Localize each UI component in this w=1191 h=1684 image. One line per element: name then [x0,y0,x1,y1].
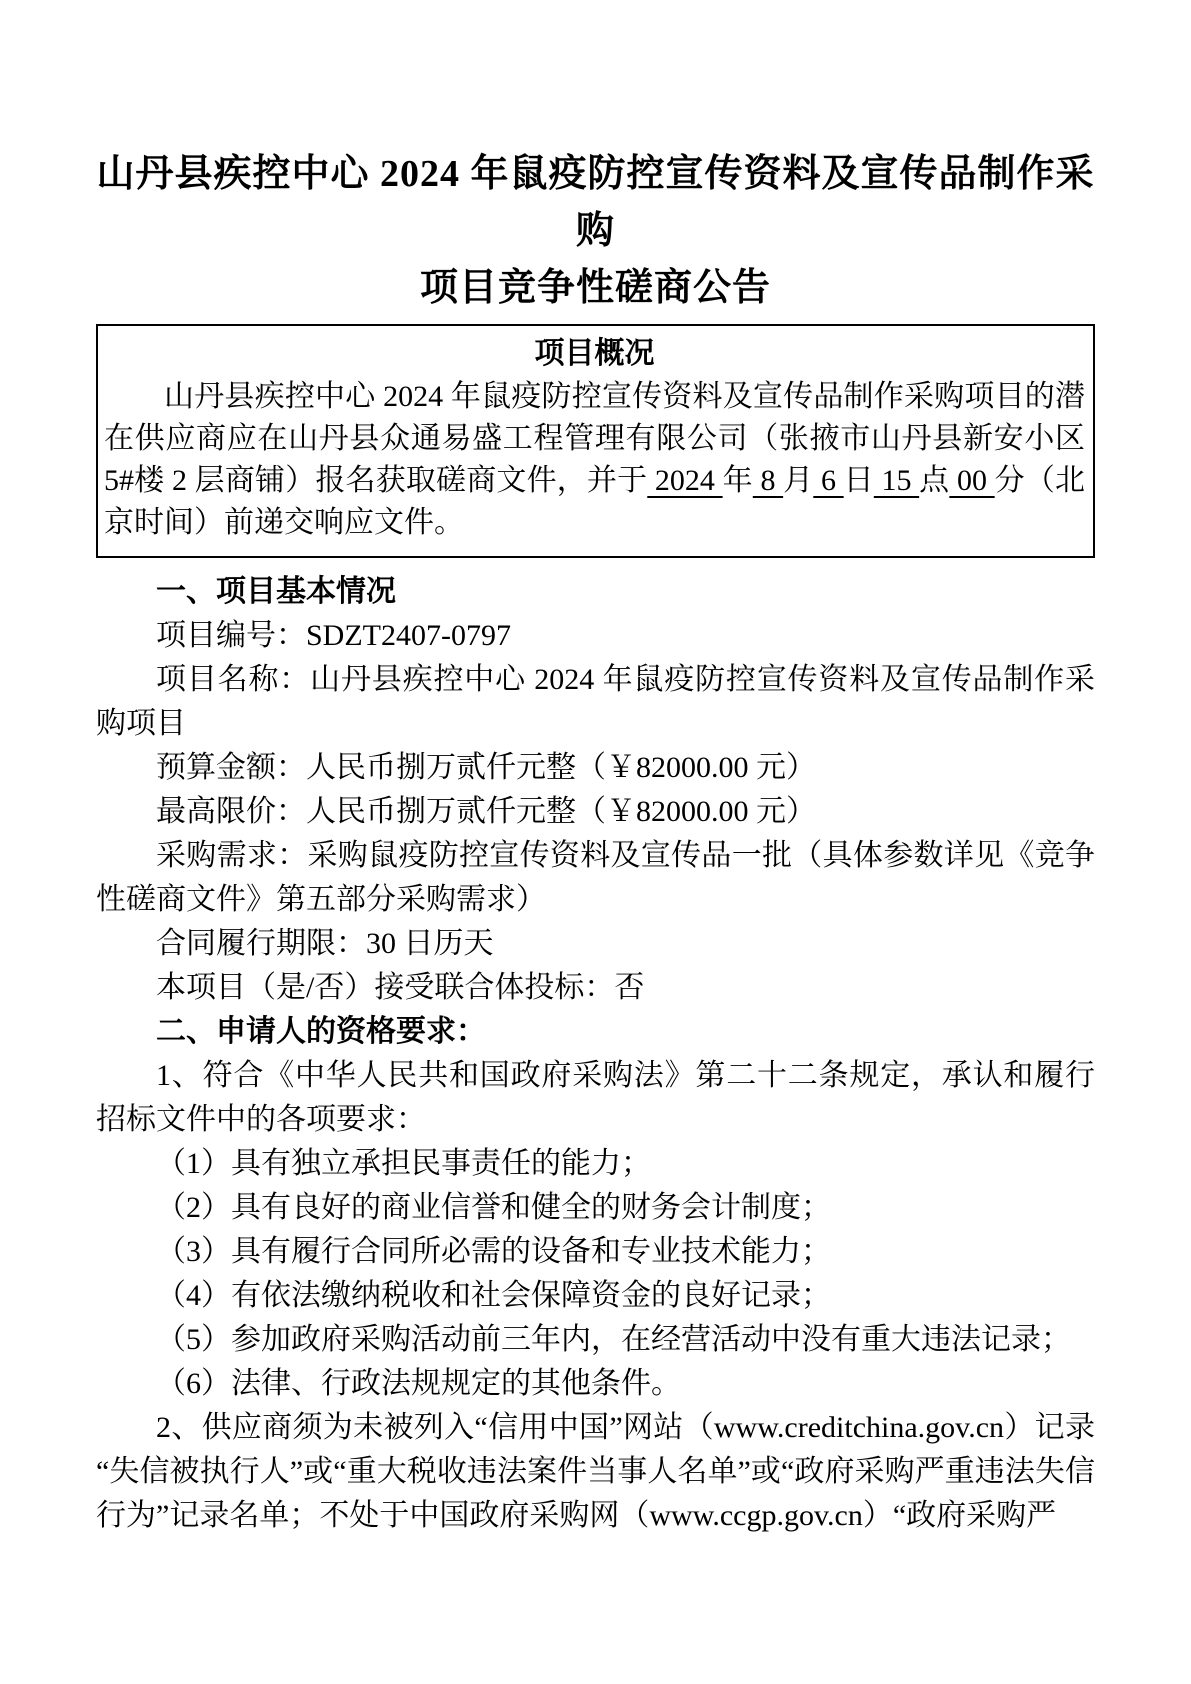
underlined-date-value: 15 [874,464,919,497]
document-body: 一、项目基本情况项目编号：SDZT2407-0797项目名称：山丹县疾控中心 2… [96,570,1095,1538]
paragraph: （4）有依法缴纳税收和社会保障资金的良好记录； [96,1274,1095,1318]
paragraph: 1、符合《中华人民共和国政府采购法》第二十二条规定，承认和履行招标文件中的各项要… [96,1054,1095,1142]
underlined-date-value: 00 [949,464,994,497]
paragraph: （5）参加政府采购活动前三年内，在经营活动中没有重大违法记录； [96,1318,1095,1362]
paragraph: （6）法律、行政法规规定的其他条件。 [96,1362,1095,1406]
paragraph: （3）具有履行合同所必需的设备和专业技术能力； [96,1230,1095,1274]
paragraph: 合同履行期限：30 日历天 [96,922,1095,966]
title-line-1: 山丹县疾控中心 2024 年鼠疫防控宣传资料及宣传品制作采购 [96,146,1095,260]
document-page: 山丹县疾控中心 2024 年鼠疫防控宣传资料及宣传品制作采购 项目竞争性磋商公告… [0,0,1191,1684]
overview-text-run: 点 [919,464,949,497]
underlined-date-value: 8 [753,464,783,497]
paragraph: 采购需求：采购鼠疫防控宣传资料及宣传品一批（具体参数详见《竞争性磋商文件》第五部… [96,834,1095,922]
title-line-2: 项目竞争性磋商公告 [96,260,1095,317]
paragraph: 2、供应商须为未被列入“信用中国”网站（www.creditchina.gov.… [96,1406,1095,1538]
document-title: 山丹县疾控中心 2024 年鼠疫防控宣传资料及宣传品制作采购 项目竞争性磋商公告 [96,146,1095,317]
paragraph: 项目名称：山丹县疾控中心 2024 年鼠疫防控宣传资料及宣传品制作采购项目 [96,658,1095,746]
paragraph: （1）具有独立承担民事责任的能力； [96,1142,1095,1186]
underlined-date-value: 2024 [647,464,722,497]
overview-heading: 项目概况 [104,332,1085,376]
paragraph: 本项目（是/否）接受联合体投标：否 [96,966,1095,1010]
section-heading: 一、项目基本情况 [96,570,1095,614]
overview-text-run: 月 [783,464,813,497]
paragraph: 预算金额：人民币捌万贰仟元整（￥82000.00 元） [96,746,1095,790]
paragraph: （2）具有良好的商业信誉和健全的财务会计制度； [96,1186,1095,1230]
underlined-date-value: 6 [813,464,843,497]
section-heading: 二、申请人的资格要求： [96,1010,1095,1054]
overview-text-run: 年 [723,464,753,497]
overview-paragraph: 山丹县疾控中心 2024 年鼠疫防控宣传资料及宣传品制作采购项目的潜在供应商应在… [104,376,1085,544]
project-overview-box: 项目概况 山丹县疾控中心 2024 年鼠疫防控宣传资料及宣传品制作采购项目的潜在… [96,324,1095,558]
overview-text-run: 日 [844,464,874,497]
paragraph: 项目编号：SDZT2407-0797 [96,614,1095,658]
document-content: 山丹县疾控中心 2024 年鼠疫防控宣传资料及宣传品制作采购 项目竞争性磋商公告… [96,0,1095,1538]
paragraph: 最高限价：人民币捌万贰仟元整（￥82000.00 元） [96,790,1095,834]
